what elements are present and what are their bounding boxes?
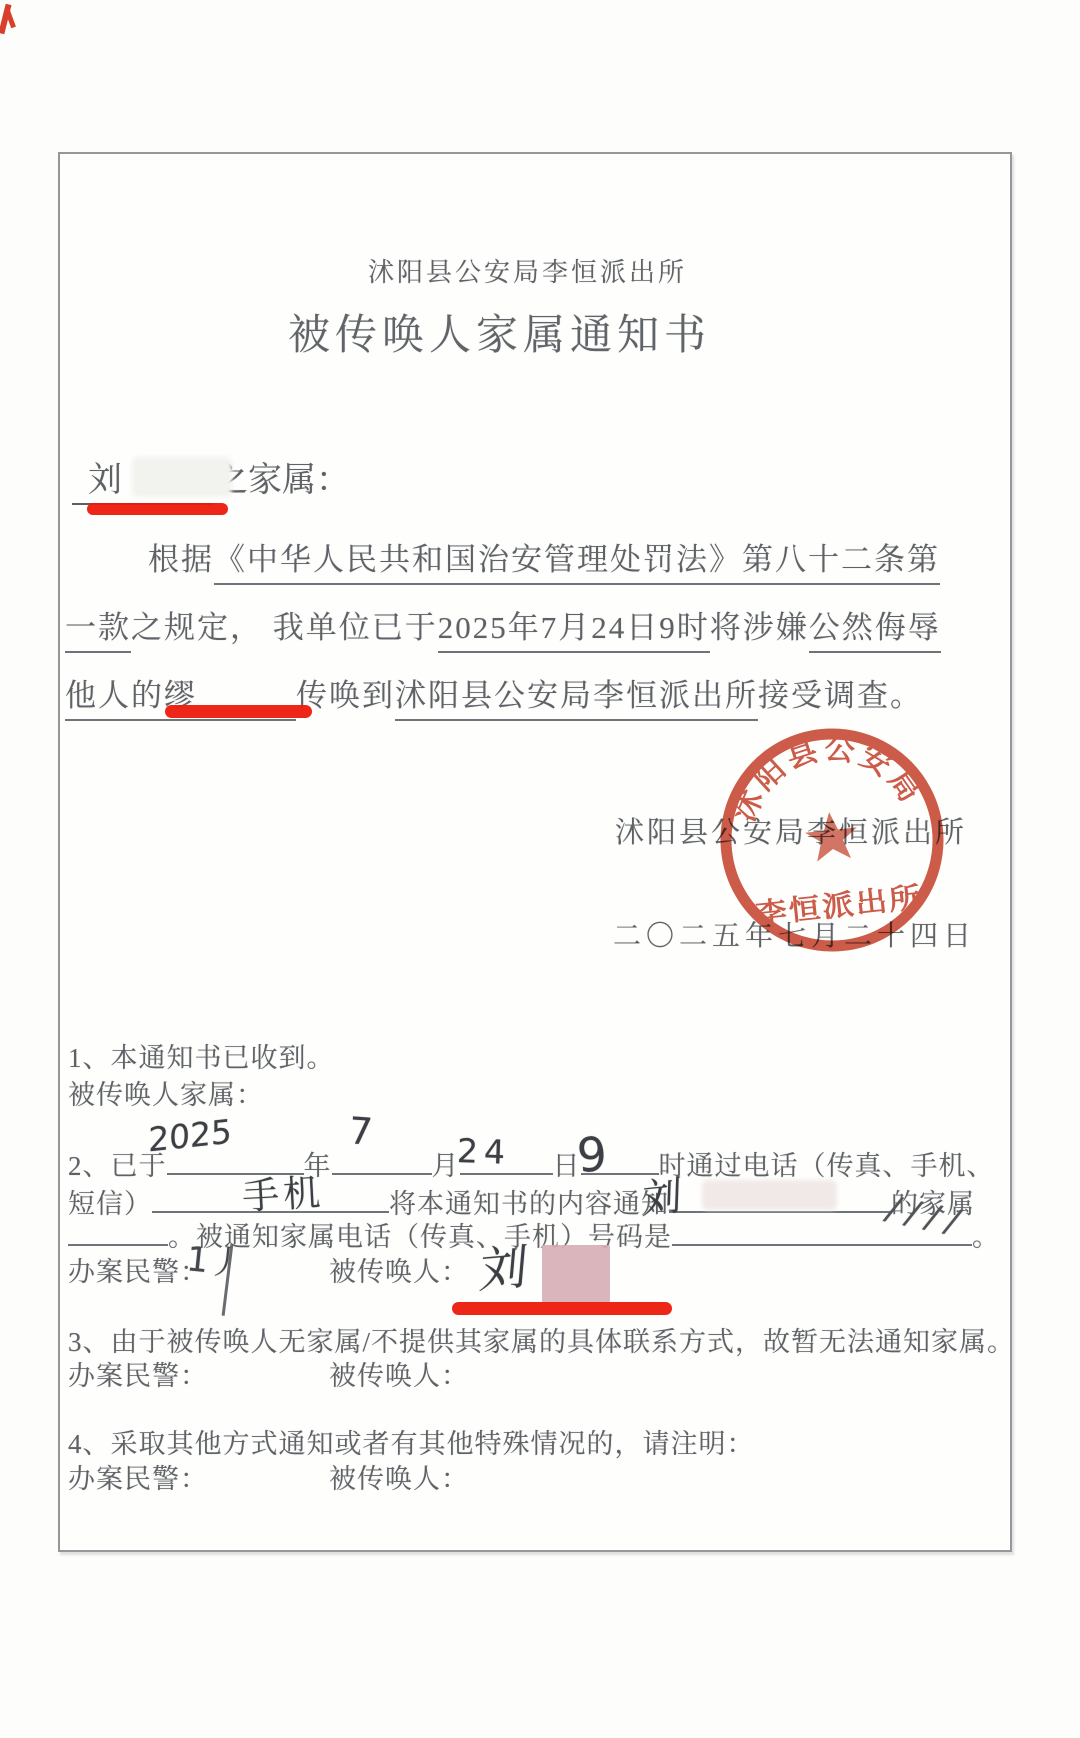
redaction-bar-salutation	[87, 503, 228, 515]
scanned-document: 沭阳县公安局李恒派出所 被传唤人家属通知书 刘之家属： 根据《中华人民共和国治安…	[0, 0, 1080, 1738]
handwritten-method: 手机	[241, 1162, 326, 1220]
document-title: 被传唤人家属通知书	[288, 302, 711, 362]
handwritten-hour: 9	[575, 1127, 609, 1184]
handwritten-officer-signature: 1丿	[185, 1231, 245, 1286]
family-name-blank	[68, 1217, 168, 1246]
body-line-2: 一款之规定， 我单位已于2025年7月24日9时将涉嫌公然侮辱	[65, 602, 941, 647]
salutation-suffix: 之家属：	[214, 462, 350, 499]
body-segment: 《中华人民共和国治安管理处罚法》第八十二条第	[214, 542, 940, 585]
erased-name-smudge	[132, 457, 232, 497]
body-segment: 公然侮辱	[809, 610, 941, 653]
seal-star-icon	[803, 809, 860, 862]
section2-after-hour: 时通过电话（传真、手机、	[659, 1151, 995, 1181]
erased-notified-name-smudge	[702, 1180, 837, 1210]
redaction-bar-offender-name	[165, 705, 312, 718]
document-page: 沭阳县公安局李恒派出所 被传唤人家属通知书 刘之家属： 根据《中华人民共和国治安…	[58, 152, 1012, 1552]
body-segment: 根据	[148, 542, 214, 577]
official-round-seal: 沭阳县公安局 李恒派出所	[705, 713, 960, 968]
section3-text: 3、由于被传唤人无家属/不提供其家属的具体联系方式，故暂无法通知家属。	[68, 1320, 1015, 1359]
period: 。	[972, 1222, 1000, 1252]
section4-text: 4、采取其他方式通知或者有其他特殊情况的，请注明：	[68, 1422, 755, 1461]
issuing-agency-header: 沭阳县公安局李恒派出所	[368, 252, 687, 289]
handwritten-day: 24	[456, 1131, 511, 1172]
body-segment: 接受调查。	[758, 678, 923, 713]
section4-summoned-label: 被传唤人：	[329, 1457, 469, 1496]
handwritten-summoned-name: 刘	[477, 1228, 531, 1302]
section4-officer-label: 办案民警：	[68, 1457, 208, 1496]
section1-received-line: 1、本通知书已收到。	[68, 1036, 335, 1075]
addressee-surname: 刘	[88, 462, 122, 499]
month-label: 月	[432, 1151, 460, 1181]
body-segment: 2025年7月24日9时	[438, 610, 710, 653]
section1-family-label: 被传唤人家属：	[68, 1073, 264, 1112]
section2-summoned-label: 被传唤人：	[329, 1250, 469, 1289]
section3-officer-label: 办案民警：	[68, 1354, 208, 1393]
body-line-1: 根据《中华人民共和国治安管理处罚法》第八十二条第	[148, 534, 940, 579]
body-segment: 将涉嫌	[710, 610, 809, 645]
red-corner-artifact	[0, 4, 14, 40]
section3-summoned-label: 被传唤人：	[329, 1354, 469, 1393]
redaction-bar-summoned-name	[452, 1302, 672, 1315]
body-segment: 之规定， 我单位已于	[131, 610, 438, 645]
pink-redaction-block	[542, 1245, 610, 1303]
body-segment: 一款	[65, 610, 131, 653]
handwritten-month: 7	[348, 1109, 374, 1154]
body-segment: 沭阳县公安局李恒派出所	[395, 678, 758, 721]
month-blank	[332, 1146, 432, 1175]
handwritten-notified-name: 刘	[641, 1164, 683, 1226]
